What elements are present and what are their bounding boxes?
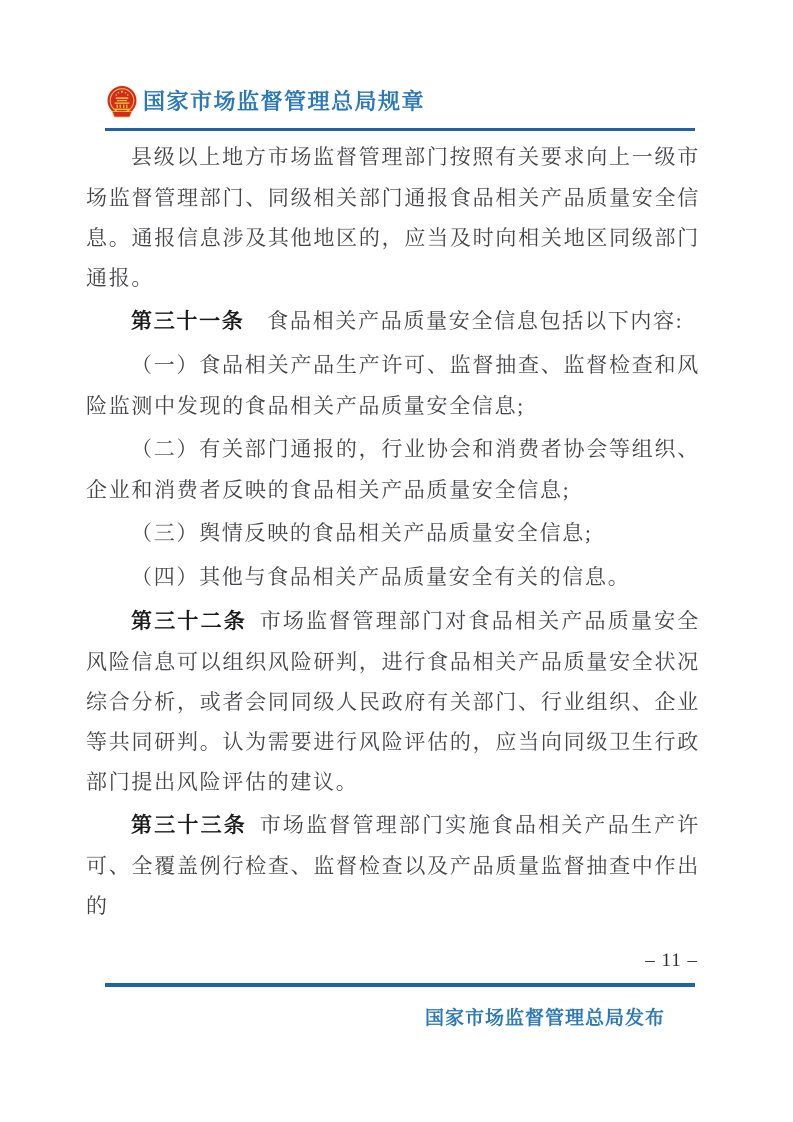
paragraph: （二）有关部门通报的，行业协会和消费者协会等组织、企业和消费者反映的食品相关产品… [86, 429, 700, 510]
header-title: 国家市场监督管理总局规章 [143, 85, 425, 119]
paragraph-text: 市场监督管理部门对食品相关产品质量安全风险信息可以组织风险研判，进行食品相关产品… [86, 609, 700, 794]
document-body: 县级以上地方市场监督管理部门按照有关要求向上一级市场监督管理部门、同级相关部门通… [86, 137, 700, 929]
paragraph-text: 食品相关产品质量安全信息包括以下内容: [245, 309, 684, 333]
document-page: 国家市场监督管理总局规章 县级以上地方市场监督管理部门按照有关要求向上一级市场监… [0, 0, 793, 1122]
paragraph: （四）其他与食品相关产品质量安全有关的信息。 [86, 557, 700, 598]
article-number: 第三十二条 [131, 610, 247, 633]
document-header: 国家市场监督管理总局规章 [106, 85, 425, 119]
paragraph: 第三十三条 市场监督管理部门实施食品相关产品生产许可、全覆盖例行检查、监督检查以… [86, 805, 700, 926]
publisher-label: 国家市场监督管理总局发布 [425, 1003, 665, 1030]
paragraph-text: 县级以上地方市场监督管理部门按照有关要求向上一级市场监督管理部门、同级相关部门通… [86, 145, 700, 290]
paragraph: （一）食品相关产品生产许可、监督抽查、监督检查和风险监测中发现的食品相关产品质量… [86, 345, 700, 426]
footer-rule [105, 983, 695, 987]
article-number: 第三十一条 [131, 310, 245, 333]
paragraph-text: （三）舆情反映的食品相关产品质量安全信息; [131, 521, 593, 545]
national-emblem-icon [106, 85, 138, 119]
page-number: – 11 – [645, 950, 698, 972]
paragraph-text: （一）食品相关产品生产许可、监督抽查、监督检查和风险监测中发现的食品相关产品质量… [86, 353, 700, 418]
paragraph: 第三十二条 市场监督管理部门对食品相关产品质量安全风险信息可以组织风险研判，进行… [86, 601, 700, 802]
article-number: 第三十三条 [131, 814, 247, 837]
paragraph: 第三十一条 食品相关产品质量安全信息包括以下内容: [86, 301, 700, 342]
paragraph: 县级以上地方市场监督管理部门按照有关要求向上一级市场监督管理部门、同级相关部门通… [86, 137, 700, 298]
paragraph-text: （四）其他与食品相关产品质量安全有关的信息。 [131, 565, 630, 589]
paragraph-text: （二）有关部门通报的，行业协会和消费者协会等组织、企业和消费者反映的食品相关产品… [86, 437, 700, 502]
header-rule [105, 128, 695, 131]
paragraph: （三）舆情反映的食品相关产品质量安全信息; [86, 513, 700, 554]
